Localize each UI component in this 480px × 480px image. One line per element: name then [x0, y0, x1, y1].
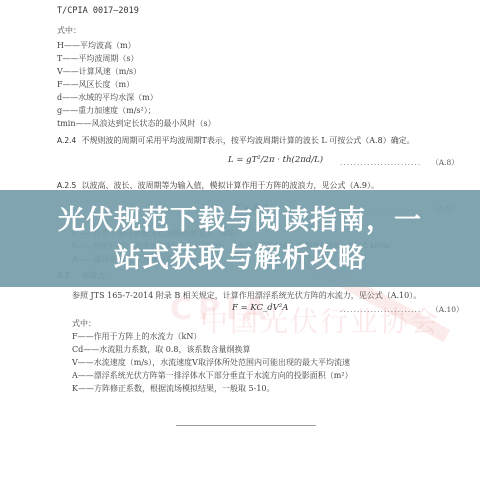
- legend-item: d——水域的平均水深（m）: [57, 92, 158, 103]
- legend-desc: ——平均波高（m）: [64, 41, 136, 50]
- legend-desc: ——重力加速度（m/s²）；: [62, 106, 156, 115]
- standard-id: T/CPIA 0017—2019: [57, 6, 139, 16]
- legend-desc: ——风浪达到定长状态的最小风时（s）: [76, 119, 216, 128]
- banner-title-line1: 光伏规范下载与阅读指南，一: [0, 202, 480, 240]
- banner-title: 光伏规范下载与阅读指南，一 站式获取与解析攻略: [0, 202, 480, 278]
- section-a24: A.2.4 不规则波的周期可采用平均波周期T表示，按平均波周期计算的波长 L 可…: [57, 135, 415, 146]
- legend-symbol: tmin: [57, 119, 76, 128]
- legend-item: T——平均波周期（s）: [57, 53, 138, 64]
- section-text: 参照 JTS 165-7-2014 附录 B 相关规定，计算作用漂浮系统光伏方阵…: [72, 290, 421, 301]
- legend-item: K——方阵修正系数，根据流场模拟结果，一般取 5-10。: [72, 383, 275, 394]
- legend-desc: ——漂浮系统光伏方阵第一排浮体水下部分垂直于水流方向的投影面积（m²）: [78, 371, 353, 380]
- legend-desc: ——平均波周期（s）: [62, 54, 138, 63]
- leader-dots: ........................: [340, 305, 421, 314]
- legend-item: V——水流速度（m/s），水流速度V取浮体所处范围内可能出现的最大平均流速: [72, 357, 350, 368]
- footer-divider: [176, 425, 316, 426]
- equation-number: ........................（A.10）: [340, 304, 464, 315]
- legend-item: A——漂浮系统光伏方阵第一排浮体水下部分垂直于水流方向的投影面积（m²）: [72, 370, 353, 381]
- legend-desc: ——作用于方阵上的水流力（kN）: [78, 332, 202, 341]
- legend-desc: ——水流速度（m/s），水流速度V取浮体所处范围内可能出现的最大平均流速: [78, 358, 350, 367]
- legend-desc: ——水流阻力系数，取 0.8，该系数含量纲换算: [83, 345, 250, 354]
- legend-item: F——作用于方阵上的水流力（kN）: [72, 331, 201, 342]
- legend-desc: ——计算风速（m/s）: [63, 67, 141, 76]
- section-number: A.2.5: [57, 181, 79, 190]
- legend-intro: 式中：: [72, 318, 96, 329]
- section-text: 以波高、波长、波周期等为输入值，模拟计算作用于方阵的波浪力，见公式（A.9）。: [82, 181, 379, 190]
- legend-item: g——重力加速度（m/s²）；: [57, 105, 156, 116]
- formula-a8: L = gT²/2π · th(2πd/L): [228, 155, 323, 165]
- legend-item: F——风区长度（m）: [57, 79, 134, 90]
- legend-desc: ——水域的平均水深（m）: [62, 93, 158, 102]
- section-number: A.2.4: [57, 136, 79, 145]
- legend-item: V——计算风速（m/s）: [57, 66, 141, 77]
- legend-desc: ——方阵修正系数，根据流场模拟结果，一般取 5-10。: [78, 384, 275, 393]
- legend-symbol: H: [57, 41, 64, 50]
- banner-title-line2: 站式获取与解析攻略: [0, 240, 480, 278]
- legend-item: Cd——水流阻力系数，取 0.8，该系数含量纲换算: [72, 344, 251, 355]
- formula-a10: F = KC_dV²A: [232, 303, 288, 313]
- section-text: 不规则波的周期可采用平均波周期T表示，按平均波周期计算的波长 L 可按公式（A.…: [82, 136, 415, 145]
- legend-symbol: Cd: [72, 345, 83, 354]
- leader-dots: ........................: [340, 158, 421, 167]
- legend-item: H——平均波高（m）: [57, 40, 136, 51]
- legend-intro: 式中：: [57, 25, 81, 36]
- equation-number: ........................（A.8）: [340, 157, 459, 168]
- legend-item: tmin——风浪达到定长状态的最小风时（s）: [57, 118, 216, 129]
- legend-desc: ——风区长度（m）: [63, 80, 135, 89]
